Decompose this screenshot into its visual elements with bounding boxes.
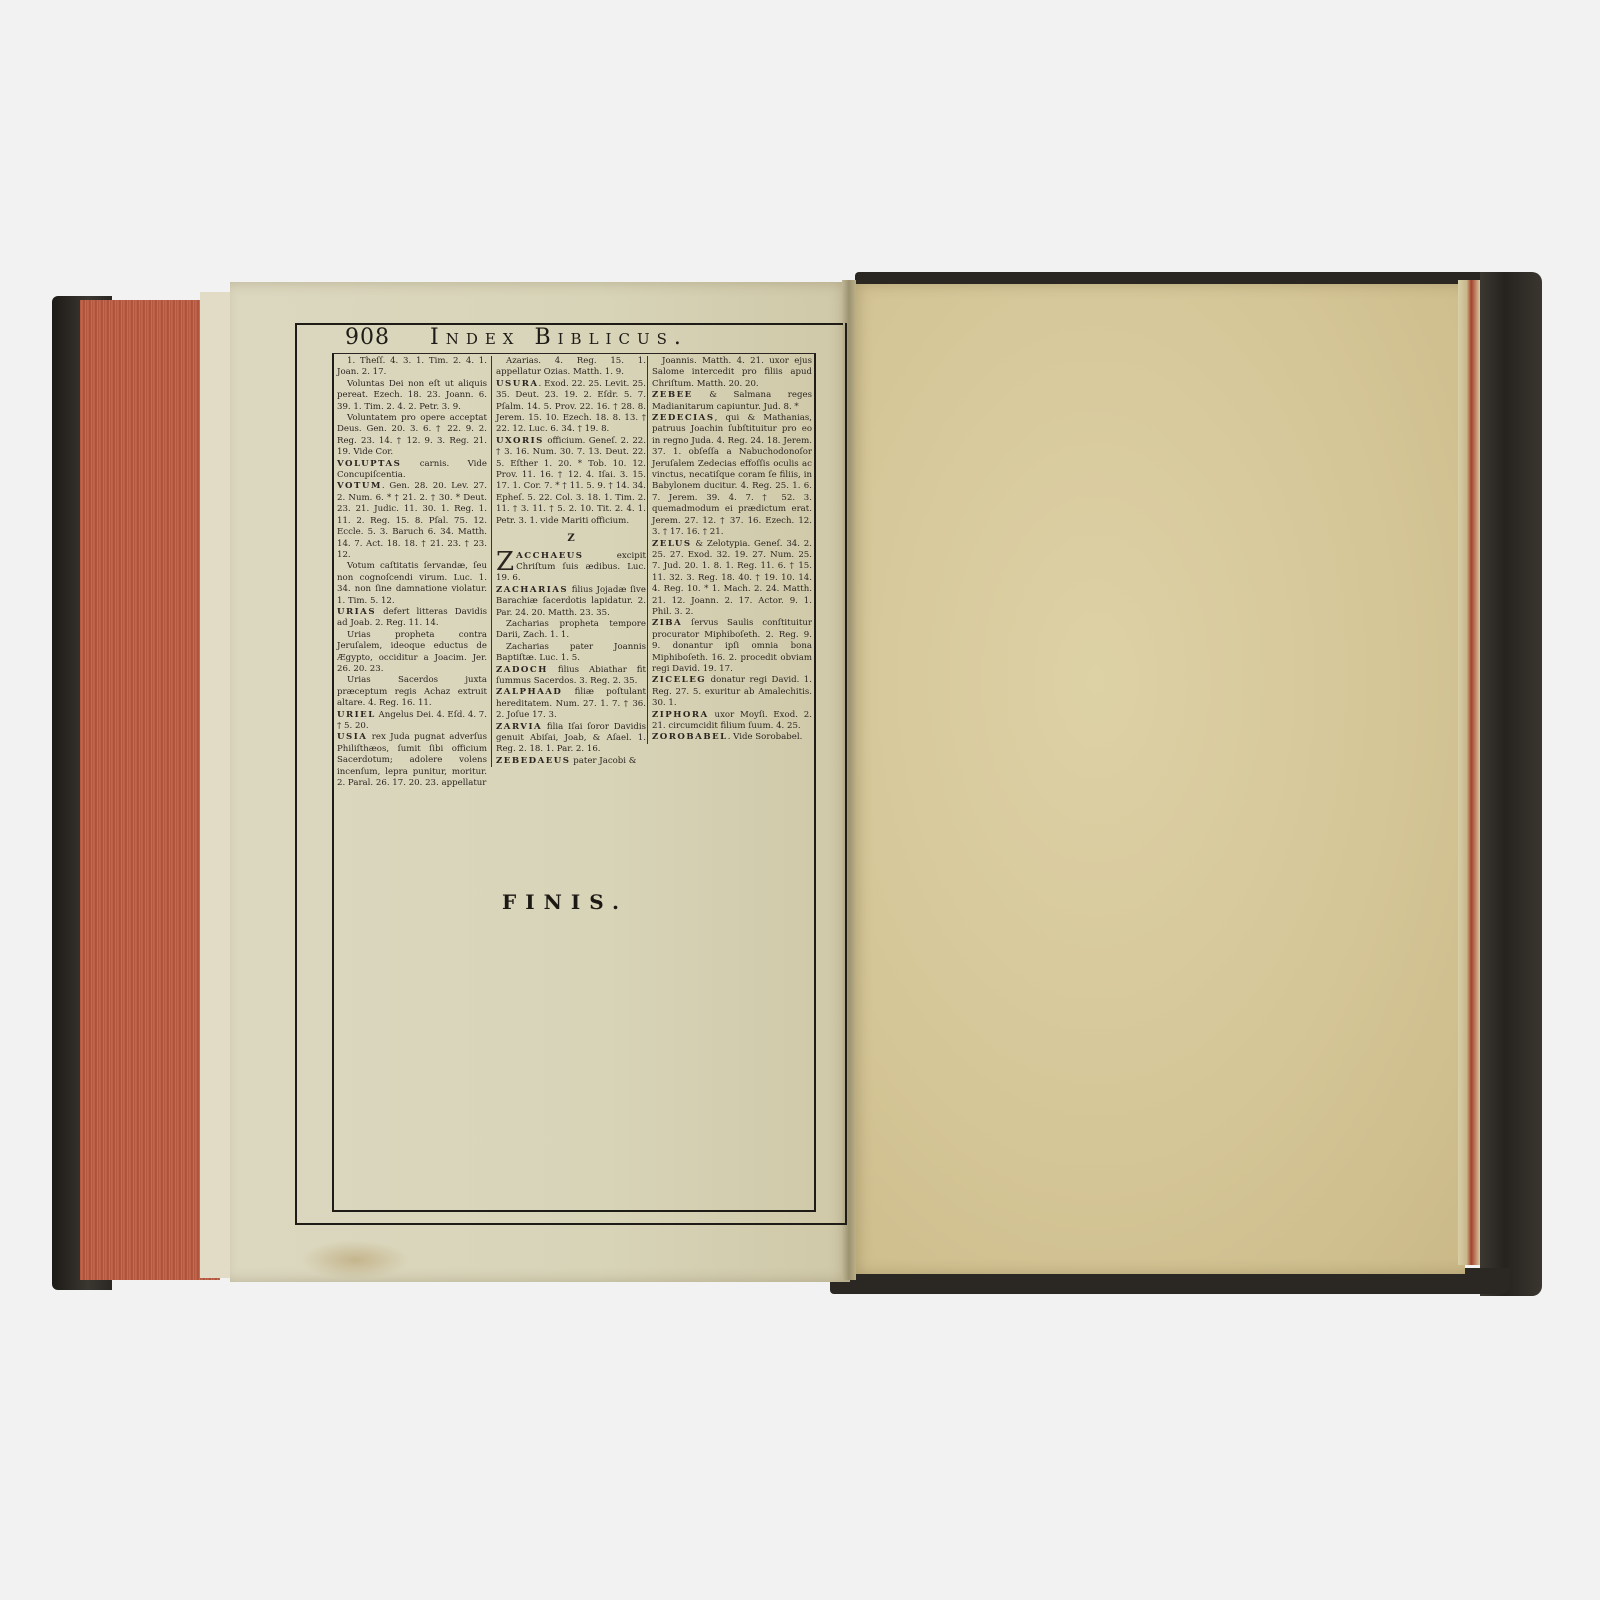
index-entry: Zacharias pater Joannis Baptiſtæ. Luc. 1… [496, 642, 646, 665]
index-entry-headword: URIAS [337, 607, 376, 617]
index-entry: Urias propheta contra Jeruſalem, ideoque… [337, 630, 487, 676]
index-entry: Voluntas Dei non eſt ut aliquis pereat. … [337, 379, 487, 413]
index-entry: ZACCHAEUS excipit Chriſtum ſuis ædibus. … [496, 551, 646, 585]
page-edges-right [1458, 280, 1480, 1265]
index-entry: Azarias. 4. Reg. 15. 1. appellatur Ozias… [496, 356, 646, 379]
index-entry-text: . Vide Sorobabel. [728, 732, 803, 742]
index-entry: ZEBEE & Salmana reges Madianitarum capiu… [652, 390, 812, 413]
index-entry: ZICELEG donatur regi David. 1. Reg. 27. … [652, 675, 812, 709]
running-head: 908 Index Biblicus. [345, 322, 805, 352]
index-entry-text: Azarias. 4. Reg. 15. 1. appellatur Ozias… [496, 356, 646, 377]
index-entry-text: Votum caſtitatis ſervandæ, ſeu non cogno… [337, 561, 487, 605]
index-entry-text: Urias Sacerdos juxta præceptum regis Ach… [337, 675, 487, 708]
running-title: Index Biblicus. [430, 325, 688, 350]
index-entry: ZADOCH filius Abiathar fit ſummus Sacerd… [496, 665, 646, 688]
water-stain [300, 1240, 410, 1280]
index-entry: ZEBEDAEUS pater Jacobi & [496, 756, 646, 767]
index-entry-headword: ZEDECIAS [652, 413, 715, 423]
blank-endpaper-right [850, 284, 1465, 1274]
index-entry-headword: ZACHARIAS [496, 585, 568, 595]
index-entry-text: Voluntas Dei non eſt ut aliquis pereat. … [337, 379, 487, 412]
index-column-1: 1. Theſſ. 4. 3. 1. Tim. 2. 4. 1. Joan. 2… [337, 356, 487, 789]
index-entry-text: officium. Geneſ. 2. 22. † 3. 16. Num. 30… [496, 436, 646, 526]
index-entry-headword: VOTUM [337, 481, 382, 491]
index-entry-text: pater Jacobi & [571, 756, 637, 766]
finis-closing-word: FINIS. [480, 890, 650, 914]
index-entry-text: Zacharias propheta tempore Darii, Zach. … [496, 619, 646, 640]
section-letter-z: Z [496, 533, 646, 544]
index-entry-headword: ZICELEG [652, 675, 706, 685]
index-entry-text: & Zelotypia. Geneſ. 34. 2. 25. 27. Exod.… [652, 539, 812, 617]
index-column-3: Joannis. Matth. 4. 21. uxor ejus Salome … [647, 356, 812, 744]
index-entry: USURA. Exod. 22. 25. Levit. 25. 35. Deut… [496, 379, 646, 436]
index-entry-headword: ZELUS [652, 539, 692, 549]
index-entry: Voluntatem pro opere acceptat Deus. Gen.… [337, 413, 487, 459]
index-entry: ZIPHORA uxor Moyſi. Exod. 2. 21. circumc… [652, 710, 812, 733]
index-entry-headword: ZIPHORA [652, 710, 709, 720]
index-entry: ZOROBABEL. Vide Sorobabel. [652, 732, 812, 743]
index-entry: ZACHARIAS filius Jojadæ ſive Barachiæ ſa… [496, 585, 646, 619]
index-entry-headword: ACCHAEUS [516, 551, 583, 561]
index-entry: ZALPHAAD filiæ poſtulant hereditatem. Nu… [496, 687, 646, 721]
index-entry-headword: URIEL [337, 710, 376, 720]
index-entry-headword: ZOROBABEL [652, 732, 728, 742]
index-entry-text: Zacharias pater Joannis Baptiſtæ. Luc. 1… [496, 642, 646, 663]
index-entry-headword: ZADOCH [496, 665, 548, 675]
index-entry: VOTUM. Gen. 28. 20. Lev. 27. 2. Num. 6. … [337, 481, 487, 561]
index-entry-headword: ZEBEE [652, 390, 693, 400]
index-entry-text: , qui & Mathanias, patruus Joachin ſubſt… [652, 413, 812, 537]
index-entry-text: 1. Theſſ. 4. 3. 1. Tim. 2. 4. 1. Joan. 2… [337, 356, 487, 377]
index-entry: Joannis. Matth. 4. 21. uxor ejus Salome … [652, 356, 812, 390]
index-entry-headword: UXORIS [496, 436, 544, 446]
index-entry: Votum caſtitatis ſervandæ, ſeu non cogno… [337, 561, 487, 607]
index-entry-headword: ZIBA [652, 618, 682, 628]
index-entry: VOLUPTAS carnis. Vide Concupiſcentia. [337, 459, 487, 482]
index-entry: URIAS defert litteras Davidis ad Joab. 2… [337, 607, 487, 630]
index-entry: UXORIS officium. Geneſ. 2. 22. † 3. 16. … [496, 436, 646, 527]
index-entry: URIEL Angelus Dei. 4. Eſd. 4. 7. † 5. 20… [337, 710, 487, 733]
drop-cap: Z [496, 551, 514, 573]
index-entry: ZARVIA filia Iſai ſoror Davidis genuit A… [496, 722, 646, 756]
index-entry-headword: ZEBEDAEUS [496, 756, 571, 766]
index-column-2: Azarias. 4. Reg. 15. 1. appellatur Ozias… [491, 356, 646, 767]
index-entry: Urias Sacerdos juxta præceptum regis Ach… [337, 675, 487, 709]
index-entry-headword: ZALPHAAD [496, 687, 562, 697]
index-entry-text: . Gen. 28. 20. Lev. 27. 2. Num. 6. * † 2… [337, 481, 487, 559]
index-entry: Zacharias propheta tempore Darii, Zach. … [496, 619, 646, 642]
page-number: 908 [345, 325, 390, 350]
index-entry-headword: USURA [496, 379, 539, 389]
index-entry: ZIBA ſervus Saulis conſtituitur procurat… [652, 618, 812, 675]
page-edges-left [80, 300, 220, 1280]
index-entry-headword: ZARVIA [496, 722, 542, 732]
index-entry-headword: USIA [337, 732, 367, 742]
index-entry: USIA rex Juda pugnat adverſus Philiſthæo… [337, 732, 487, 789]
index-entry-headword: VOLUPTAS [337, 459, 401, 469]
index-entry: ZELUS & Zelotypia. Geneſ. 34. 2. 25. 27.… [652, 539, 812, 619]
book-cover-right [1480, 272, 1542, 1296]
index-entry: ZEDECIAS, qui & Mathanias, patruus Joach… [652, 413, 812, 538]
index-entry: 1. Theſſ. 4. 3. 1. Tim. 2. 4. 1. Joan. 2… [337, 356, 487, 379]
index-entry-text: Voluntatem pro opere acceptat Deus. Gen.… [337, 413, 487, 457]
index-entry-text: Urias propheta contra Jeruſalem, ideoque… [337, 630, 487, 674]
header-rule [332, 353, 816, 354]
index-entry-text: Joannis. Matth. 4. 21. uxor ejus Salome … [652, 356, 812, 389]
